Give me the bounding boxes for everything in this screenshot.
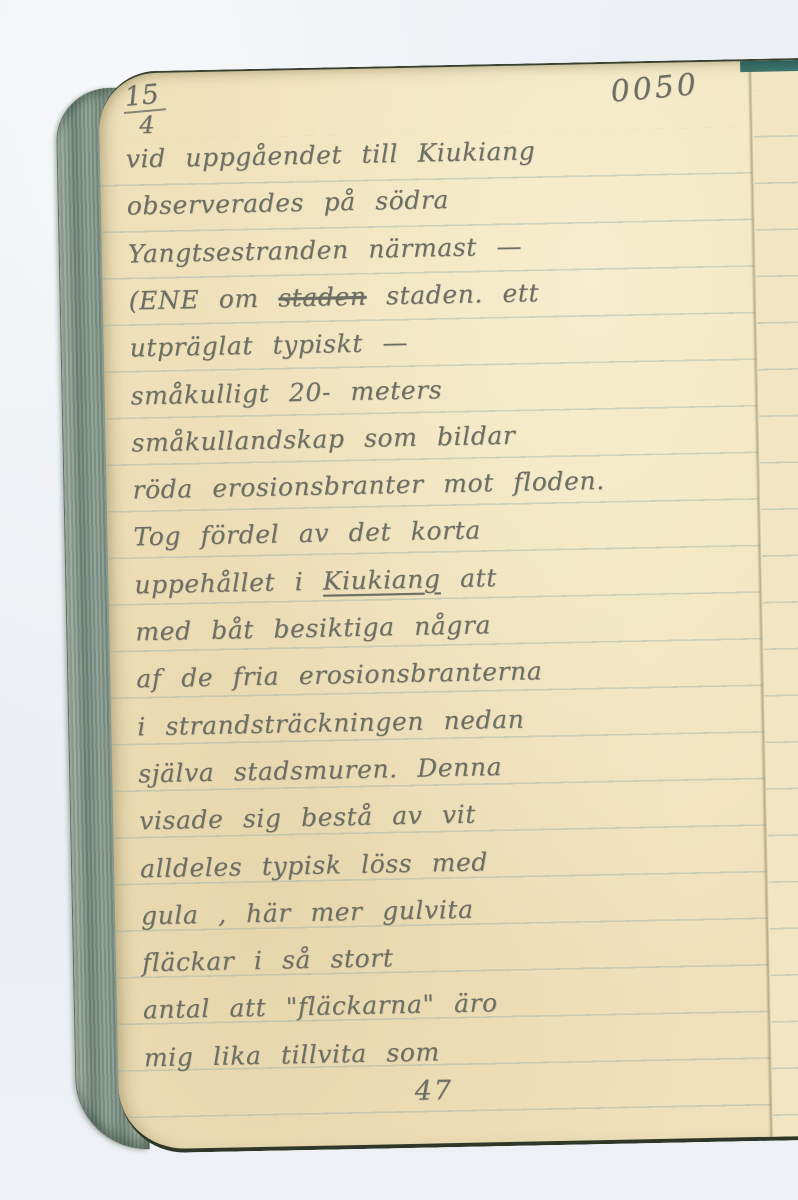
handwriting-segment: med båt besiktiga några (135, 610, 491, 646)
handwriting-segment: af de fria erosionsbranterna (136, 657, 543, 694)
handwriting-segment: Tog fördel av det korta (133, 516, 481, 552)
handwriting-segment: visade sig bestå av vit (139, 800, 476, 836)
handwriting-segment: observerades på södra (127, 185, 450, 220)
handwriting-block: vid uppgåendet till Kiukiangobserverades… (98, 60, 798, 1150)
handwriting-segment: (ENE om (128, 283, 278, 315)
handwriting-segment: utpräglat typiskt — (129, 328, 408, 363)
handwriting-segment: Kiukiang (323, 564, 441, 595)
handwriting-segment: själva stadsmuren. Denna (138, 752, 502, 788)
handwriting-segment: alldeles typisk löss med (140, 847, 488, 883)
handwriting-segment: vid uppgåendet till Kiukiang (126, 136, 536, 173)
handwriting-segment: i strandsträckningen nedan (137, 704, 525, 741)
notebook-page: 15 4 0050 vid uppgåendet till Kiukiangob… (56, 58, 798, 1155)
handwriting-segment: att (440, 563, 497, 593)
handwriting-segment: småkullandskap som bildar (131, 421, 515, 458)
handwriting-segment: fläckar i så stort (142, 943, 394, 977)
paper-sheet: 15 4 0050 vid uppgåendet till Kiukiangob… (98, 58, 798, 1154)
handwriting-segment: gula , här mer gulvita (141, 894, 474, 930)
handwriting-segment: antal att "fläckarna" äro (143, 989, 498, 1025)
handwriting-segment: staden (278, 282, 367, 313)
handwriting-segment: Yangtsestranden närmast — (127, 231, 522, 268)
page-number: 47 (414, 1075, 453, 1107)
handwriting-segment: uppehållet i (134, 566, 323, 599)
handwriting-segment: röda erosionsbranter mot floden. (132, 466, 605, 504)
handwriting-segment: mig lika tillvita som (144, 1037, 440, 1072)
handwriting-segment: småkulligt 20- meters (130, 375, 442, 410)
handwriting-segment: staden. ett (366, 278, 539, 310)
